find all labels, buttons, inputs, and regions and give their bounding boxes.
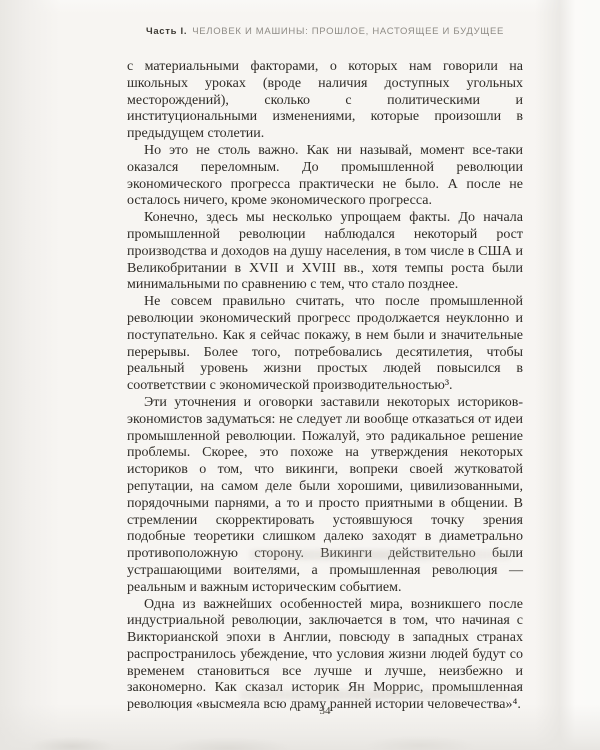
page-edge-top-highlight [0, 0, 600, 14]
paragraph: Но это не столь важно. Как ни называй, м… [127, 143, 523, 210]
paragraph: Конечно, здесь мы несколько упрощаем фак… [127, 210, 523, 294]
part-title: ЧЕЛОВЕК И МАШИНЫ: ПРОШЛОЕ, НАСТОЯЩЕЕ И Б… [192, 26, 504, 37]
page-edge-left-shadow [0, 0, 60, 750]
paragraph: Не совсем правильно считать, что после п… [127, 294, 523, 395]
paragraph: Эти уточнения и оговорки заставили некот… [127, 395, 523, 597]
running-header: Часть I.ЧЕЛОВЕК И МАШИНЫ: ПРОШЛОЕ, НАСТО… [127, 26, 523, 37]
paragraph: с материальными факторами, о которых нам… [127, 59, 523, 143]
page-number: 34 [127, 705, 523, 717]
paragraph: Одна из важнейших особенностей мира, воз… [127, 597, 523, 715]
part-label: Часть I. [146, 26, 187, 37]
page-edge-right-shadow [535, 0, 600, 750]
body-text: с материальными факторами, о которых нам… [127, 59, 523, 714]
book-page-photo: Часть I.ЧЕЛОВЕК И МАШИНЫ: ПРОШЛОЕ, НАСТО… [0, 0, 600, 750]
